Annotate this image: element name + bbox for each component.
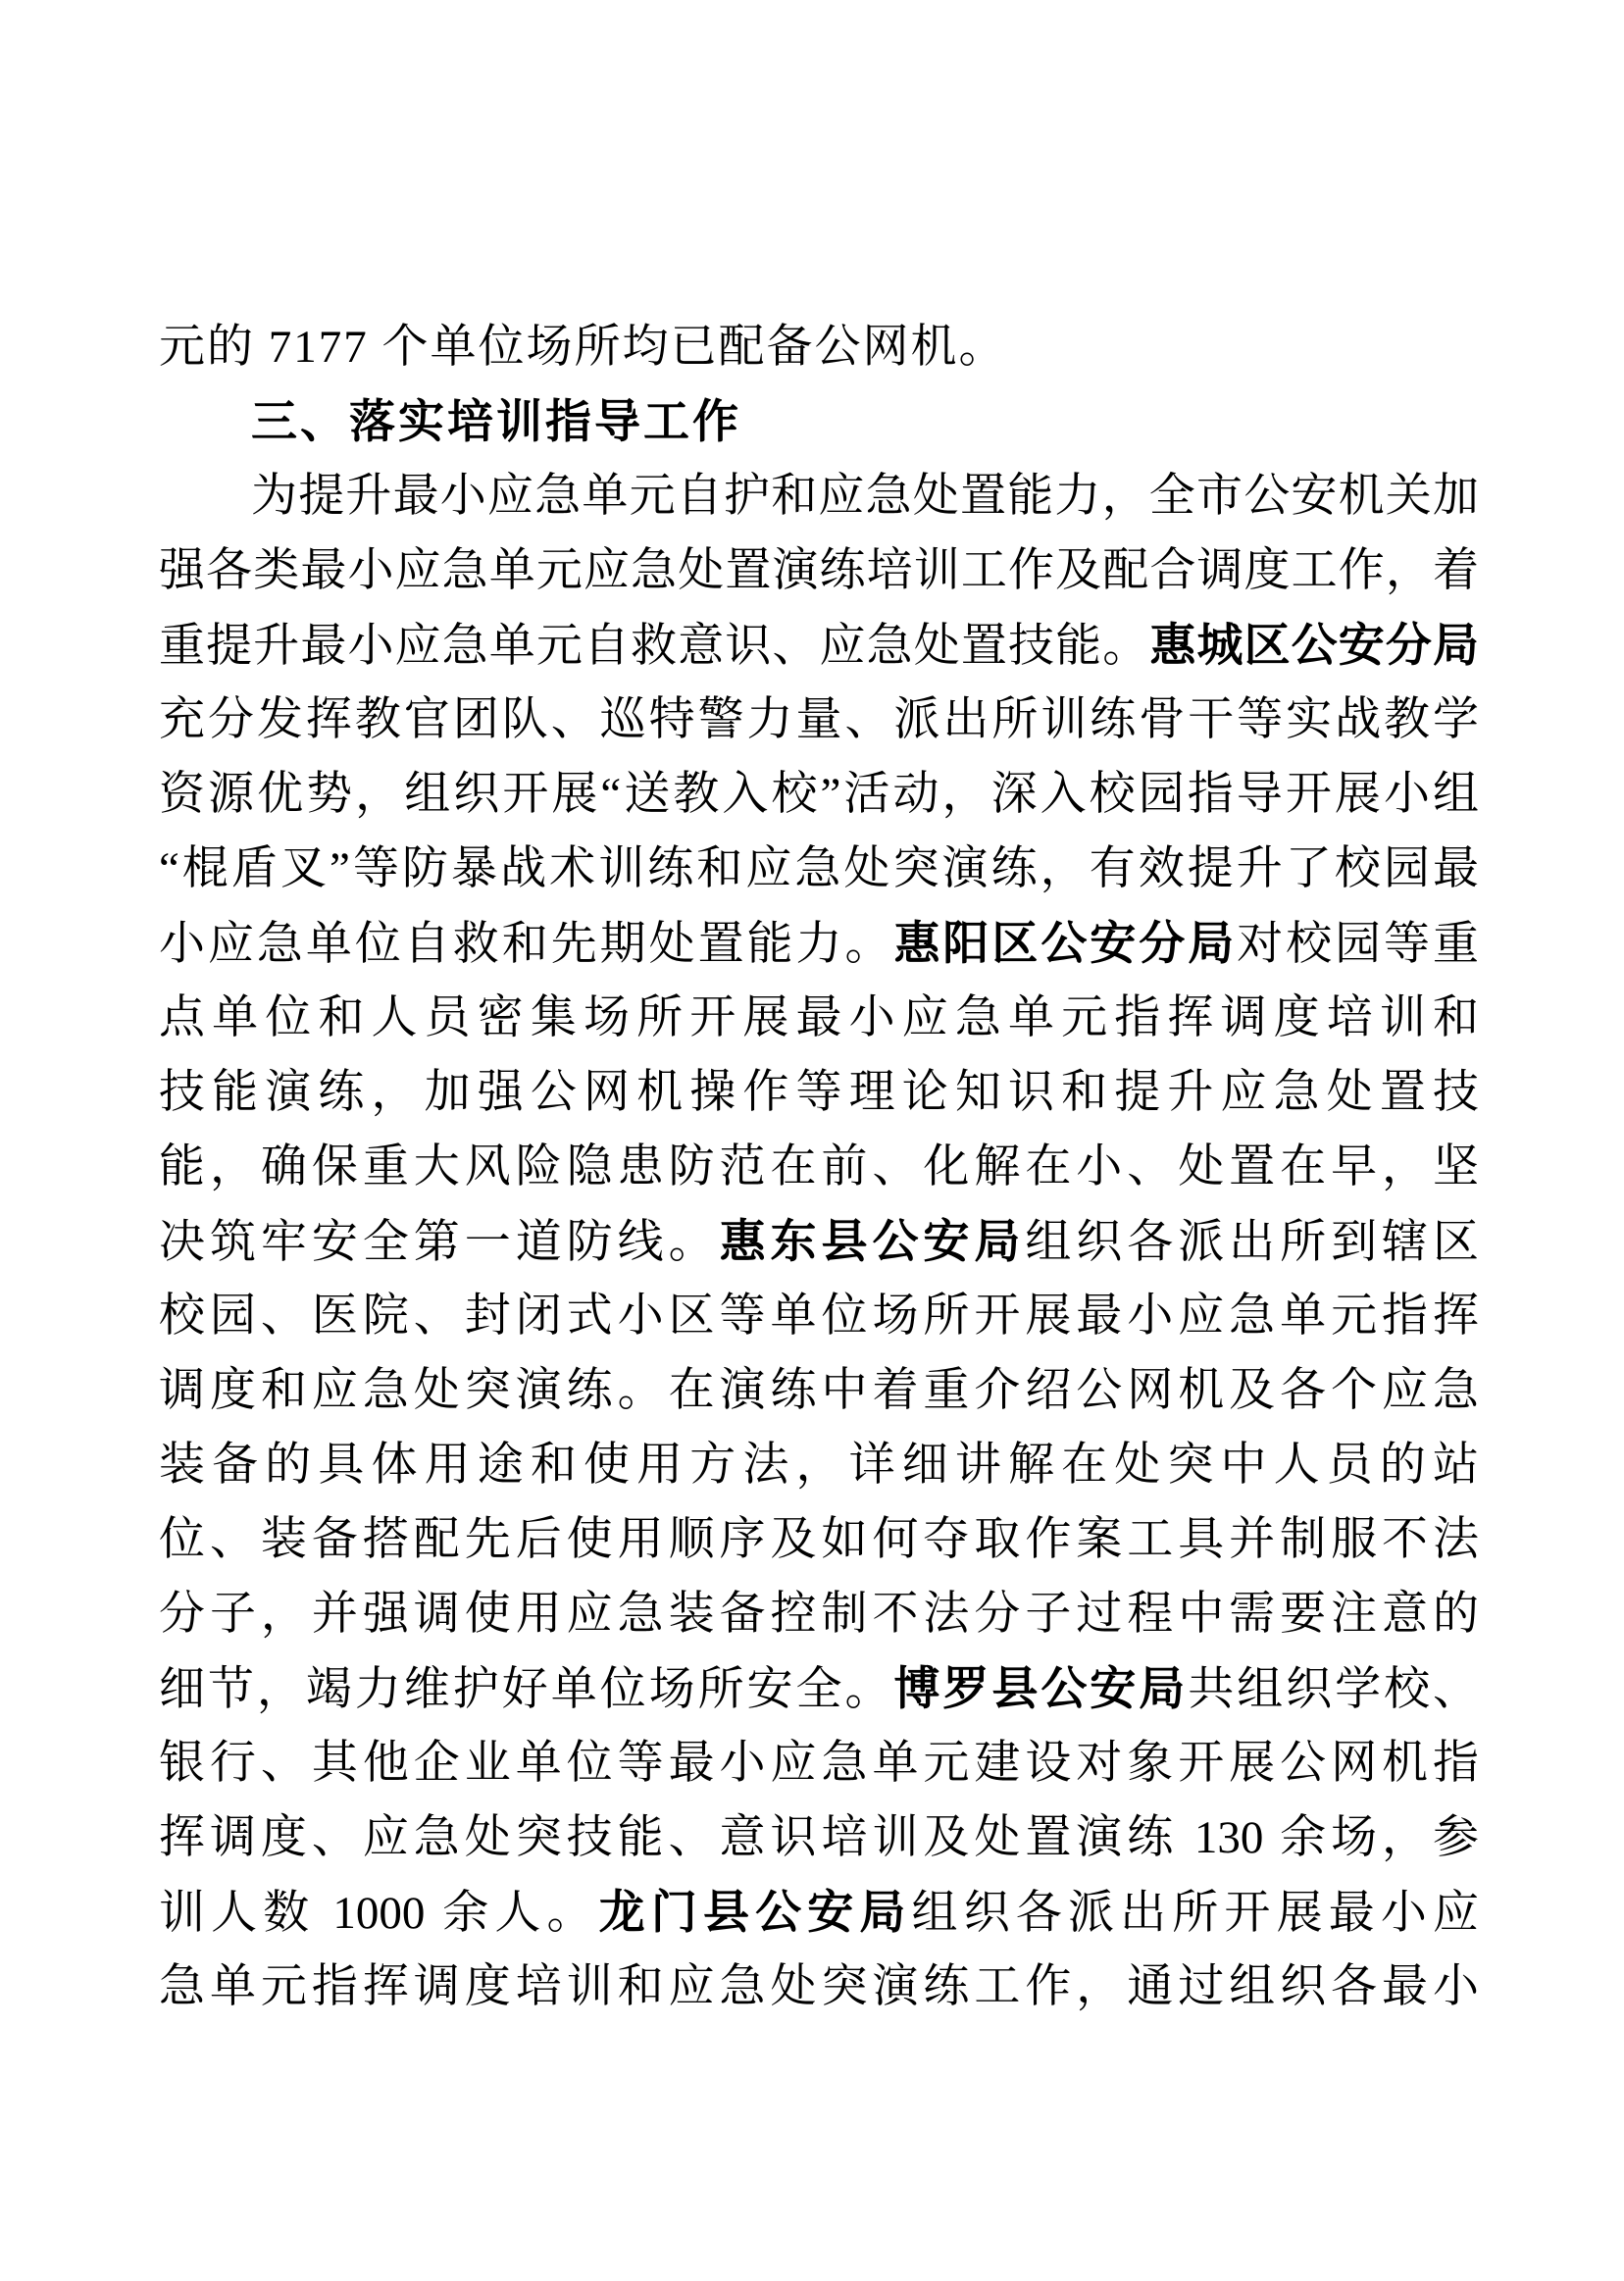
body-text-segment: 为提升最小应急单元自护和应急处置能力，全市公安机关加 [251, 471, 1479, 522]
text-line: 强各类最小应急单元应急处置演练培训工作及配合调度工作，着 [159, 533, 1479, 608]
bold-text-segment: 龙门县公安局 [599, 1886, 912, 1938]
text-line: 资源优势，组织开展“送教入校”活动，深入校园指导开展小组 [159, 757, 1479, 832]
text-line: 调度和应急处突演练。在演练中着重介绍公网机及各个应急 [159, 1353, 1479, 1428]
text-line: 元的 7177 个单位场所均已配备公网机。 [159, 310, 1479, 384]
text-line: 分子，并强调使用应急装备控制不法分子过程中需要注意的 [159, 1577, 1479, 1651]
body-text-segment: 对校园等重 [1237, 919, 1479, 970]
body-text-segment: 点单位和人员密集场所开展最小应急单元指挥调度培训和 [159, 992, 1479, 1043]
body-text-segment: 小应急单位自救和先期处置能力。 [159, 919, 893, 970]
bold-text-segment: 惠城区公安分局 [1149, 619, 1479, 671]
text-line: 校园、医院、封闭式小区等单位场所开展最小应急单元指挥 [159, 1279, 1479, 1353]
body-text-segment: 技能演练，加强公网机操作等理论知识和提升应急处置技 [159, 1067, 1479, 1118]
text-line: 细节，竭力维护好单位场所安全。博罗县公安局共组织学校、 [159, 1651, 1479, 1726]
text-line: 小应急单位自救和先期处置能力。惠阳区公安分局对校园等重 [159, 906, 1479, 981]
bold-text-segment: 惠东县公安局 [720, 1215, 1026, 1267]
body-text-segment: 共组织学校、 [1188, 1664, 1479, 1715]
body-text-segment: 训人数 1000 余人。 [159, 1888, 599, 1939]
body-text-segment: 充分发挥教官团队、巡特警力量、派出所训练骨干等实战教学 [159, 694, 1479, 745]
body-text-segment: 位、装备搭配先后使用顺序及如何夺取作案工具并制服不法 [159, 1514, 1479, 1565]
body-text-segment: 组织各派出所到辖区 [1025, 1217, 1479, 1268]
body-text-segment: 调度和应急处突演练。在演练中着重介绍公网机及各个应急 [159, 1365, 1479, 1416]
text-line: 重提升最小应急单元自救意识、应急处置技能。惠城区公安分局 [159, 608, 1479, 683]
body-text-segment: 组织各派出所开展最小应 [912, 1888, 1479, 1939]
text-line: 充分发挥教官团队、巡特警力量、派出所训练骨干等实战教学 [159, 683, 1479, 757]
body-text-segment: 校园、医院、封闭式小区等单位场所开展最小应急单元指挥 [159, 1291, 1479, 1342]
bold-text-segment: 博罗县公安局 [893, 1662, 1188, 1714]
body-text-segment: 银行、其他企业单位等最小应急单元建设对象开展公网机指 [159, 1738, 1479, 1789]
body-text-segment: “棍盾叉”等防暴战术训练和应急处突演练，有效提升了校园最 [159, 843, 1479, 894]
body-text-segment: 急单元指挥调度培训和应急处突演练工作，通过组织各最小 [159, 1961, 1479, 2012]
text-line: 挥调度、应急处突技能、意识培训及处置演练 130 余场，参 [159, 1800, 1479, 1875]
text-line: “棍盾叉”等防暴战术训练和应急处突演练，有效提升了校园最 [159, 832, 1479, 906]
text-line: 装备的具体用途和使用方法，详细讲解在处突中人员的站 [159, 1428, 1479, 1502]
text-line: 训人数 1000 余人。龙门县公安局组织各派出所开展最小应 [159, 1875, 1479, 1950]
body-text-segment: 元的 7177 个单位场所均已配备公网机。 [159, 322, 1007, 373]
body-text-segment: 能，确保重大风险隐患防范在前、化解在小、处置在早，坚 [159, 1141, 1479, 1192]
text-line: 位、装备搭配先后使用顺序及如何夺取作案工具并制服不法 [159, 1502, 1479, 1577]
text-line: 为提升最小应急单元自护和应急处置能力，全市公安机关加 [159, 459, 1479, 533]
body-text-segment: 分子，并强调使用应急装备控制不法分子过程中需要注意的 [159, 1589, 1479, 1640]
body-text-segment: 重提升最小应急单元自救意识、应急处置技能。 [159, 621, 1149, 672]
body-text-segment: 挥调度、应急处突技能、意识培训及处置演练 130 余场，参 [159, 1812, 1479, 1863]
bold-text-segment: 惠阳区公安分局 [893, 917, 1237, 969]
bold-text-segment: 三、落实培训指导工作 [251, 395, 741, 447]
text-line: 能，确保重大风险隐患防范在前、化解在小、处置在早，坚 [159, 1130, 1479, 1204]
text-line: 点单位和人员密集场所开展最小应急单元指挥调度培训和 [159, 981, 1479, 1055]
body-text-segment: 细节，竭力维护好单位场所安全。 [159, 1664, 893, 1715]
body-text-segment: 强各类最小应急单元应急处置演练培训工作及配合调度工作，着 [159, 545, 1479, 596]
text-line: 技能演练，加强公网机操作等理论知识和提升应急处置技 [159, 1055, 1479, 1130]
section-heading: 三、落实培训指导工作 [159, 384, 1479, 459]
text-line: 银行、其他企业单位等最小应急单元建设对象开展公网机指 [159, 1726, 1479, 1800]
document-body: 元的 7177 个单位场所均已配备公网机。三、落实培训指导工作为提升最小应急单元… [159, 310, 1479, 2024]
body-text-segment: 决筑牢安全第一道防线。 [159, 1217, 720, 1268]
text-line: 急单元指挥调度培训和应急处突演练工作，通过组织各最小 [159, 1950, 1479, 2024]
body-text-segment: 装备的具体用途和使用方法，详细讲解在处突中人员的站 [159, 1440, 1479, 1491]
text-line: 决筑牢安全第一道防线。惠东县公安局组织各派出所到辖区 [159, 1204, 1479, 1279]
body-text-segment: 资源优势，组织开展“送教入校”活动，深入校园指导开展小组 [159, 769, 1479, 820]
document-page: 元的 7177 个单位场所均已配备公网机。三、落实培训指导工作为提升最小应急单元… [0, 0, 1624, 2281]
